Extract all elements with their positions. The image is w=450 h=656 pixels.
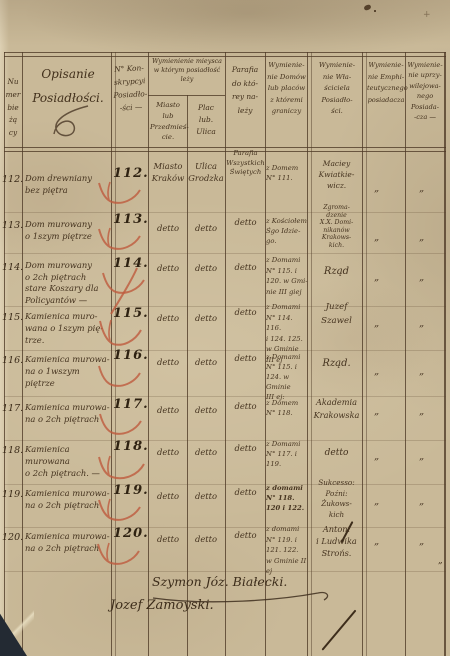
cell-borders: z Domami N° 115. i 120. w Gmi- nie III g… (266, 255, 308, 297)
cell-street: detto (188, 356, 224, 368)
ditto-mark: „ (419, 496, 433, 507)
cell-owner: Juzef Szawel (310, 300, 363, 328)
cell-parish: detto (226, 218, 265, 228)
cell-owner: detto (310, 448, 363, 459)
column-header-numer-biezacy: Nu mer bie żą cy (4, 76, 22, 140)
ditto-mark: „ (419, 536, 433, 547)
cell-parish: detto (226, 354, 265, 364)
red-check-mark (96, 180, 142, 206)
grid-line-horizontal (4, 147, 446, 148)
grid-line-horizontal (148, 95, 225, 96)
red-check-mark (96, 454, 146, 482)
cell-borders: z Domami N° 117. i 119. (266, 439, 308, 469)
cell-town: detto (149, 312, 187, 324)
ditto-mark: „ (374, 318, 388, 329)
cell-parish: detto (226, 488, 265, 498)
cell-parish: detto (226, 263, 265, 273)
cell-conscription-number: 120. (113, 528, 147, 539)
margin-number: 113. (2, 220, 24, 231)
column-header-parafia: Parafia do któ- rey na- leży (226, 63, 264, 117)
red-check-mark (96, 226, 142, 252)
cell-street: detto (188, 262, 224, 274)
row-separator-line (4, 253, 446, 254)
cell-owner: Zgroma- dzenie X.X. Domi- nikanów Krakow… (310, 204, 363, 250)
column-header-uprzywilejowany: Wymienie- nie uprzy- wilejowa- nego Posi… (406, 60, 444, 122)
margin-number: 120. (2, 532, 24, 543)
cell-town: detto (149, 490, 187, 502)
ink-dot (374, 10, 376, 12)
cell-town: detto (149, 533, 187, 545)
ditto-mark: „ (374, 536, 388, 547)
margin-number: 117. (2, 403, 24, 414)
row-separator-line (4, 527, 446, 528)
header-flourish (44, 102, 92, 144)
margin-number: 118. (2, 445, 24, 456)
grid-line-horizontal (4, 52, 446, 53)
column-header-wlasciciel: Wymienie- nie Wła- ściciela Posiadło- śc… (312, 60, 362, 118)
cell-owner: Rząd (310, 266, 363, 277)
grid-line-horizontal (4, 151, 446, 152)
cell-parish: detto (226, 402, 265, 412)
column-header-ulica: Plac lub. Ulica (189, 102, 223, 138)
cell-description: Dom murowany o 2ch piętrach stare Koszar… (25, 260, 112, 306)
cell-conscription-number: 119. (113, 485, 147, 496)
cell-street: Ulica Grodzka (188, 160, 224, 184)
ink-slash (321, 610, 356, 651)
cell-borders: z Domami N° 115. i 124. w Gminie III ej: (266, 352, 308, 402)
grid-line-vertical (22, 52, 23, 656)
row-separator-line (4, 396, 446, 397)
ditto-mark: „ (419, 366, 433, 377)
cell-owner: Sukcesso: Poźni: Żukows- kich (310, 478, 363, 520)
cell-street: detto (188, 533, 224, 545)
signature-line-1: Szymon Józ. Białecki. (152, 574, 287, 589)
cell-owner: Maciey Kwiatkie- wicz. (310, 158, 363, 191)
margin-number: 112. (2, 174, 24, 185)
red-check-mark (95, 541, 141, 567)
column-header-miasto: Miasto lub Przedmieś- cie. (150, 100, 186, 143)
faint-cross-mark: + (423, 10, 431, 20)
red-check-mark (96, 363, 142, 389)
cell-borders: z Domem N° 118. (266, 398, 308, 418)
manuscript-register-page: + Nu mer bie żą cy Opisanie Posiadłości.… (0, 0, 450, 656)
cell-parish: detto (226, 308, 265, 318)
grid-line-vertical (362, 52, 363, 656)
ditto-mark: „ (374, 232, 388, 243)
ditto-mark: „ (374, 272, 388, 283)
row-separator-line (4, 306, 446, 307)
cell-street: detto (188, 404, 224, 416)
column-header-konskrypcyi: N° Kon- skrypcyi Posiadło- -ści — (111, 61, 150, 115)
cell-owner: Rząd. (310, 358, 363, 369)
column-header-granice: Wymienie- nie Domów lub placów z któremi… (266, 60, 307, 118)
cell-owner: Antoni i Ludwika Strońs. (310, 523, 363, 559)
margin-number: 115. (2, 312, 24, 323)
ditto-mark: „ (419, 318, 433, 329)
ditto-mark: „ (374, 496, 388, 507)
cell-owner: Akademia Krakowska (310, 396, 363, 422)
cell-town: Miasto Kraków (149, 160, 187, 184)
row-separator-line (4, 440, 446, 441)
ditto-mark: „ (419, 451, 433, 462)
red-check-mark (97, 411, 143, 437)
cell-parish: detto (226, 531, 265, 541)
row-separator-line (4, 212, 446, 213)
column-header-emfiteuta: Wymienie- nie Emphi- teutycznego posiada… (367, 60, 405, 106)
ditto-mark: „ (374, 183, 388, 194)
cell-conscription-number: 113. (113, 214, 147, 225)
row-separator-line (4, 350, 446, 351)
ink-speck (363, 4, 371, 11)
cell-parish: Parafia Wszystkich Świętych (226, 149, 265, 178)
cell-street: detto (188, 446, 224, 458)
red-check-mark (96, 497, 142, 523)
row-separator-line (4, 484, 446, 485)
cell-conscription-number: 116. (113, 350, 147, 361)
cell-conscription-number: 112. (113, 168, 147, 179)
grid-line-vertical (311, 52, 312, 656)
grid-line-vertical (405, 52, 406, 656)
cell-street: detto (188, 222, 224, 234)
red-check-mark (97, 318, 143, 348)
column-header-miejsce: Wymienienie mieysca w którym posiadłość … (148, 57, 226, 84)
cell-conscription-number: 118. (113, 441, 147, 452)
ditto-mark: „ (419, 406, 433, 417)
margin-number: 116. (2, 355, 24, 366)
cell-street: detto (188, 490, 224, 502)
grid-line-vertical (366, 52, 367, 656)
cell-street: detto (188, 312, 224, 324)
ditto-mark: „ (374, 366, 388, 377)
cell-town: detto (149, 262, 187, 274)
row-separator-line (4, 571, 446, 572)
cell-borders: z domami N° 118. 120 i 122. (266, 483, 308, 513)
cell-town: detto (149, 356, 187, 368)
ditto-mark: „ (419, 272, 433, 283)
ditto-mark: „ (419, 232, 433, 243)
cell-borders: z Kościołem Śgo Idzie- go. (266, 216, 308, 246)
cell-borders: z domami N° 119. i 121. 122. w Gminie II… (266, 524, 308, 577)
grid-line-vertical (4, 52, 5, 656)
margin-number: 114. (2, 262, 24, 273)
margin-number: 119. (2, 489, 24, 500)
ditto-mark: „ (419, 183, 433, 194)
cell-town: detto (149, 222, 187, 234)
cell-town: detto (149, 404, 187, 416)
signature-line-2: Jozef Zamoyski. (110, 598, 214, 613)
margin-edge-mark: „ (438, 556, 448, 567)
cell-town: detto (149, 446, 187, 458)
cell-parish: detto (226, 444, 265, 454)
ditto-mark: „ (374, 406, 388, 417)
cell-conscription-number: 117. (113, 399, 147, 410)
ditto-mark: „ (374, 451, 388, 462)
cell-borders: z Domem N° 111. (266, 163, 308, 183)
